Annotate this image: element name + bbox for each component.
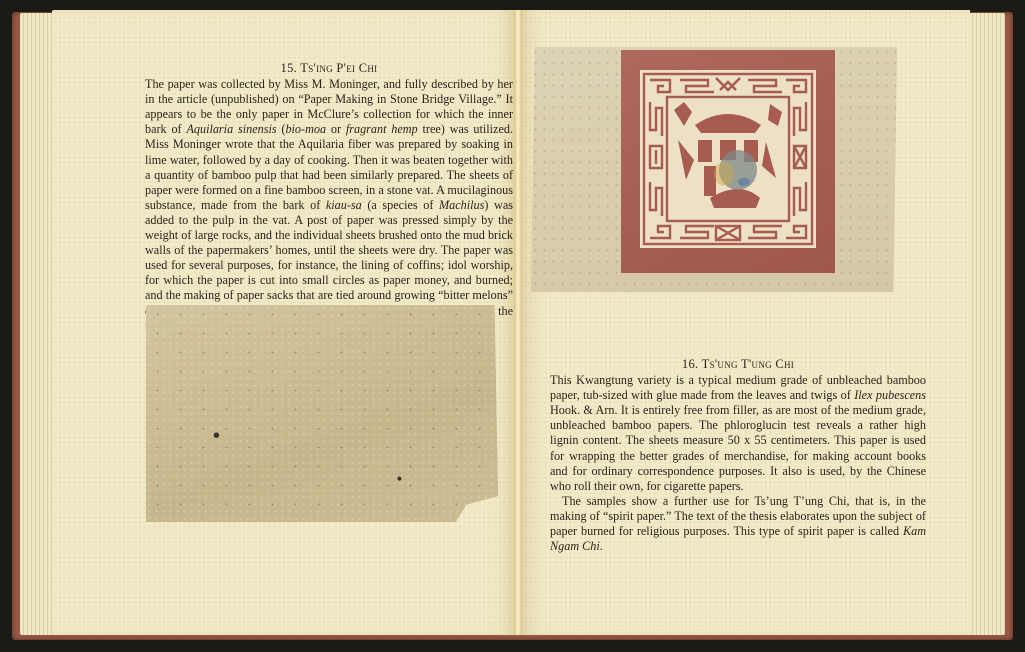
- entry-15-body: The paper was collected by Miss M. Monin…: [145, 77, 513, 334]
- entry-16: 16. Ts'ung T'ung Chi This Kwangtung vari…: [550, 357, 926, 554]
- entry-title: Ts'ung T'ung Chi: [702, 357, 794, 371]
- entry-16-paragraph-1: This Kwangtung variety is a typical medi…: [550, 373, 926, 494]
- paper-sample-tspei-chi: [146, 305, 498, 522]
- spirit-paper-sample: [531, 47, 897, 292]
- right-page: 16. Ts'ung T'ung Chi This Kwangtung vari…: [518, 10, 970, 635]
- fret-border-icon: [640, 70, 816, 248]
- entry-title: Ts'ing P'ei Chi: [300, 61, 377, 75]
- book-gutter: [514, 10, 522, 635]
- red-stamp-print: [621, 50, 835, 273]
- stamp-design: [640, 70, 816, 248]
- left-page: 15. Ts'ing P'ei Chi The paper was collec…: [52, 10, 518, 635]
- entry-16-paragraph-2: The samples show a further use for Ts’un…: [550, 494, 926, 554]
- entry-15-heading: 15. Ts'ing P'ei Chi: [145, 61, 513, 76]
- entry-16-heading: 16. Ts'ung T'ung Chi: [550, 357, 926, 372]
- entry-15: 15. Ts'ing P'ei Chi The paper was collec…: [145, 61, 513, 334]
- page-edges-right: [965, 13, 1005, 635]
- entry-number: 15.: [281, 61, 298, 75]
- entry-number: 16.: [682, 357, 699, 371]
